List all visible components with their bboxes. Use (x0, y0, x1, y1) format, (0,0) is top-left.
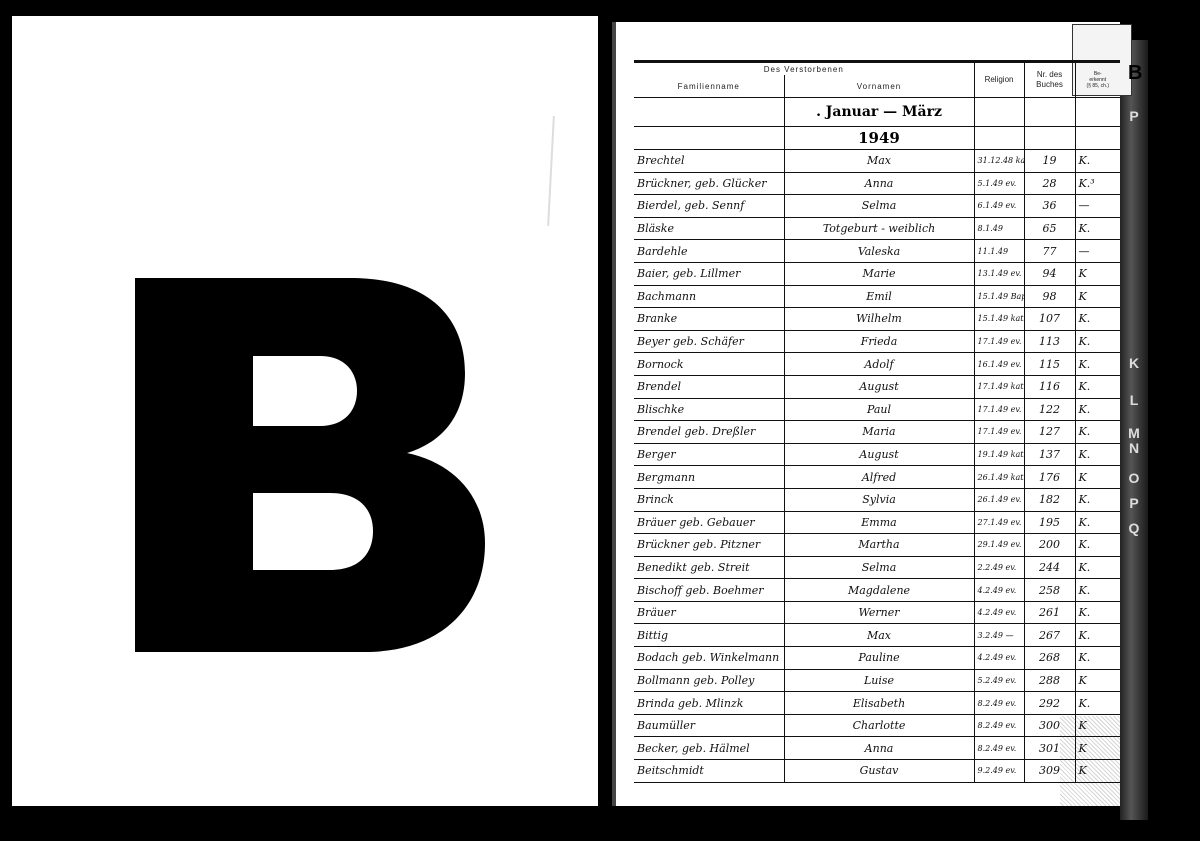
remark-cell: K. (1075, 511, 1120, 534)
header-book-number-line1: Nr. des (1037, 70, 1062, 79)
family-name-cell: Bollmann geb. Polley (634, 669, 784, 692)
side-index-tab[interactable]: P (1126, 495, 1142, 511)
family-name-cell: Bornock (634, 353, 784, 376)
register-entry-row: Bischoff geb. BoehmerMagdalene4.2.49 ev.… (634, 579, 1120, 602)
book-number-cell: 176 (1024, 466, 1075, 489)
remark-cell: K (1075, 760, 1120, 783)
register-entry-row: Brendel geb. DreßlerMaria17.1.49 ev.127K… (634, 421, 1120, 444)
remark-cell: K (1075, 669, 1120, 692)
remark-cell: K (1075, 714, 1120, 737)
empty-cell (974, 127, 1024, 150)
remark-cell: K (1075, 466, 1120, 489)
family-name-cell: Brinda geb. Mlinzk (634, 692, 784, 715)
remark-cell: K. (1075, 421, 1120, 444)
book-number-cell: 309 (1024, 760, 1075, 783)
remark-cell: K. (1075, 534, 1120, 557)
family-name-cell: Blischke (634, 398, 784, 421)
first-names-cell: Wilhelm (784, 308, 974, 331)
family-name-cell: Brückner geb. Pitzner (634, 534, 784, 557)
book-number-cell: 195 (1024, 511, 1075, 534)
header-group-label: Des Verstorbenen (634, 62, 974, 76)
book-number-cell: 77 (1024, 240, 1075, 263)
death-date-religion-cell: 26.1.49 kath. (974, 466, 1024, 489)
first-names-cell: Magdalene (784, 579, 974, 602)
register-entry-row: BornockAdolf16.1.49 ev.115K. (634, 353, 1120, 376)
book-number-cell: 261 (1024, 601, 1075, 624)
family-name-cell: Beitschmidt (634, 760, 784, 783)
register-entry-row: BrendelAugust17.1.49 kath.116K. (634, 375, 1120, 398)
first-names-cell: Anna (784, 172, 974, 195)
corner-tab-letter: B (1128, 62, 1142, 85)
remark-cell: K. (1075, 692, 1120, 715)
register-entry-row: Brinda geb. MlinzkElisabeth8.2.49 ev.292… (634, 692, 1120, 715)
register-entry-row: Brückner geb. PitznerMartha29.1.49 ev.20… (634, 534, 1120, 557)
header-first-names: Vornamen (784, 75, 974, 98)
empty-cell (1075, 127, 1120, 150)
book-number-cell: 137 (1024, 443, 1075, 466)
book-number-cell: 36 (1024, 195, 1075, 218)
family-name-cell: Baumüller (634, 714, 784, 737)
remark-cell: K. (1075, 579, 1120, 602)
book-number-cell: 94 (1024, 262, 1075, 285)
remark-cell: K (1075, 737, 1120, 760)
first-names-cell: Marie (784, 262, 974, 285)
remark-cell: K. (1075, 601, 1120, 624)
paper-crease (547, 116, 555, 226)
book-number-cell: 122 (1024, 398, 1075, 421)
remark-cell: K. (1075, 308, 1120, 331)
death-date-religion-cell: 3.2.49 — (974, 624, 1024, 647)
first-names-cell: Max (784, 624, 974, 647)
death-date-religion-cell: 19.1.49 kath. (974, 443, 1024, 466)
register-entry-row: BlischkePaul17.1.49 ev.122K. (634, 398, 1120, 421)
first-names-cell: Emma (784, 511, 974, 534)
book-number-cell: 19 (1024, 150, 1075, 173)
first-names-cell: Luise (784, 669, 974, 692)
remark-cell: K. (1075, 647, 1120, 670)
family-name-cell: Bräuer (634, 601, 784, 624)
first-names-cell: Maria (784, 421, 974, 444)
first-names-cell: Max (784, 150, 974, 173)
header-religion: Religion (974, 62, 1024, 98)
header-book-number: Nr. des Buches (1024, 62, 1075, 98)
year-spacer (634, 127, 784, 150)
first-names-cell: Sylvia (784, 488, 974, 511)
side-index-tab[interactable]: N (1126, 440, 1142, 456)
family-name-cell: Bläske (634, 217, 784, 240)
family-name-cell: Bachmann (634, 285, 784, 308)
book-number-cell: 65 (1024, 217, 1075, 240)
first-names-cell: August (784, 443, 974, 466)
book-number-cell: 200 (1024, 534, 1075, 557)
header-book-number-line2: Buches (1036, 80, 1063, 89)
left-page-index-card: B (12, 16, 598, 806)
remark-cell: K. (1075, 330, 1120, 353)
register-entry-row: Bierdel, geb. SennfSelma6.1.49 ev.36— (634, 195, 1120, 218)
remark-cell: K (1075, 285, 1120, 308)
side-index-tab[interactable]: P (1126, 108, 1142, 124)
first-names-cell: August (784, 375, 974, 398)
remark-cell: K. (1075, 443, 1120, 466)
book-number-cell: 113 (1024, 330, 1075, 353)
book-number-cell: 301 (1024, 737, 1075, 760)
family-name-cell: Bergmann (634, 466, 784, 489)
book-number-cell: 258 (1024, 579, 1075, 602)
register-entry-row: Beyer geb. SchäferFrieda17.1.49 ev.113K. (634, 330, 1120, 353)
book-number-cell: 116 (1024, 375, 1075, 398)
register-entry-row: BardehleValeska11.1.4977— (634, 240, 1120, 263)
first-names-cell: Charlotte (784, 714, 974, 737)
remark-cell: K.³ (1075, 172, 1120, 195)
first-names-cell: Selma (784, 556, 974, 579)
family-name-cell: Brechtel (634, 150, 784, 173)
remark-cell: K. (1075, 556, 1120, 579)
death-date-religion-cell: 4.2.49 ev. (974, 647, 1024, 670)
register-entry-row: BergmannAlfred26.1.49 kath.176K (634, 466, 1120, 489)
family-name-cell: Brendel (634, 375, 784, 398)
first-names-cell: Frieda (784, 330, 974, 353)
first-names-cell: Valeska (784, 240, 974, 263)
first-names-cell: Martha (784, 534, 974, 557)
book-number-cell: 98 (1024, 285, 1075, 308)
first-names-cell: Werner (784, 601, 974, 624)
register-entry-row: Bodach geb. WinkelmannPauline4.2.49 ev.2… (634, 647, 1120, 670)
family-name-cell: Brückner, geb. Glücker (634, 172, 784, 195)
book-number-cell: 115 (1024, 353, 1075, 376)
death-date-religion-cell: 15.1.49 Bapt. (974, 285, 1024, 308)
family-name-cell: Bittig (634, 624, 784, 647)
death-date-religion-cell: 8.2.49 ev. (974, 737, 1024, 760)
death-date-religion-cell: 11.1.49 (974, 240, 1024, 263)
book-number-cell: 288 (1024, 669, 1075, 692)
period-label: . Januar — März (784, 98, 974, 127)
register-entry-row: BeitschmidtGustav9.2.49 ev.309K (634, 760, 1120, 783)
remark-cell: — (1075, 195, 1120, 218)
register-entry-row: BrankeWilhelm15.1.49 kath.107K. (634, 308, 1120, 331)
register-entry-row: BergerAugust19.1.49 kath.137K. (634, 443, 1120, 466)
book-number-cell: 182 (1024, 488, 1075, 511)
period-spacer (634, 98, 784, 127)
register-entry-row: BläskeTotgeburt - weiblich8.1.4965K. (634, 217, 1120, 240)
index-letter-b-glyph (135, 278, 485, 652)
death-date-religion-cell: 2.2.49 ev. (974, 556, 1024, 579)
family-name-cell: Benedikt geb. Streit (634, 556, 784, 579)
family-name-cell: Berger (634, 443, 784, 466)
death-register-table: Des Verstorbenen Religion Nr. des Buches… (634, 60, 1120, 783)
register-entry-row: Becker, geb. HälmelAnna8.2.49 ev.301K (634, 737, 1120, 760)
year-label: 1949 (784, 127, 974, 150)
side-index-tab[interactable]: L (1126, 392, 1142, 408)
death-date-religion-cell: 16.1.49 ev. (974, 353, 1024, 376)
death-date-religion-cell: 15.1.49 kath. (974, 308, 1024, 331)
register-entry-row: Bollmann geb. PolleyLuise5.2.49 ev.288K (634, 669, 1120, 692)
book-number-cell: 107 (1024, 308, 1075, 331)
register-entry-row: BrechtelMax31.12.48 kath.19K. (634, 150, 1120, 173)
death-date-religion-cell: 17.1.49 kath. (974, 375, 1024, 398)
death-date-religion-cell: 26.1.49 ev. (974, 488, 1024, 511)
book-number-cell: 268 (1024, 647, 1075, 670)
register-entry-row: Benedikt geb. StreitSelma2.2.49 ev.244K. (634, 556, 1120, 579)
register-entry-row: Bräuer geb. GebauerEmma27.1.49 ev.195K. (634, 511, 1120, 534)
book-number-cell: 267 (1024, 624, 1075, 647)
death-date-religion-cell: 8.2.49 ev. (974, 714, 1024, 737)
remark-cell: K (1075, 262, 1120, 285)
book-number-cell: 244 (1024, 556, 1075, 579)
register-entry-row: BittigMax3.2.49 —267K. (634, 624, 1120, 647)
death-date-religion-cell: 17.1.49 ev. (974, 330, 1024, 353)
remark-cell: K. (1075, 150, 1120, 173)
family-name-cell: Branke (634, 308, 784, 331)
register-entry-row: BachmannEmil15.1.49 Bapt.98K (634, 285, 1120, 308)
register-entry-row: BrinckSylvia26.1.49 ev.182K. (634, 488, 1120, 511)
empty-cell (1024, 127, 1075, 150)
family-name-cell: Bischoff geb. Boehmer (634, 579, 784, 602)
remark-cell: K. (1075, 375, 1120, 398)
family-name-cell: Bodach geb. Winkelmann (634, 647, 784, 670)
register-entry-row: BräuerWerner4.2.49 ev.261K. (634, 601, 1120, 624)
family-name-cell: Becker, geb. Hälmel (634, 737, 784, 760)
first-names-cell: Paul (784, 398, 974, 421)
death-date-religion-cell: 27.1.49 ev. (974, 511, 1024, 534)
death-date-religion-cell: 17.1.49 ev. (974, 398, 1024, 421)
first-names-cell: Alfred (784, 466, 974, 489)
death-date-religion-cell: 5.2.49 ev. (974, 669, 1024, 692)
header-last-line3: (§ 85, ch.) (1087, 83, 1110, 89)
side-index-tab[interactable]: O (1126, 470, 1142, 486)
family-name-cell: Bierdel, geb. Sennf (634, 195, 784, 218)
death-date-religion-cell: 6.1.49 ev. (974, 195, 1024, 218)
first-names-cell: Anna (784, 737, 974, 760)
first-names-cell: Adolf (784, 353, 974, 376)
book-number-cell: 300 (1024, 714, 1075, 737)
register-entry-row: Baier, geb. LillmerMarie13.1.49 ev.94K (634, 262, 1120, 285)
remark-cell: K. (1075, 217, 1120, 240)
register-entry-row: BaumüllerCharlotte8.2.49 ev.300K (634, 714, 1120, 737)
first-names-cell: Pauline (784, 647, 974, 670)
family-name-cell: Bräuer geb. Gebauer (634, 511, 784, 534)
empty-cell (1075, 98, 1120, 127)
book-number-cell: 292 (1024, 692, 1075, 715)
header-last-column: Be- erkennt (§ 85, ch.) (1075, 62, 1120, 98)
death-date-religion-cell: 17.1.49 ev. (974, 421, 1024, 444)
book-number-cell: 127 (1024, 421, 1075, 444)
death-date-religion-cell: 5.1.49 ev. (974, 172, 1024, 195)
first-names-cell: Elisabeth (784, 692, 974, 715)
family-name-cell: Beyer geb. Schäfer (634, 330, 784, 353)
family-name-cell: Bardehle (634, 240, 784, 263)
side-index-tab[interactable]: M (1126, 425, 1142, 441)
side-index-tab[interactable]: K (1126, 355, 1142, 371)
empty-cell (1024, 98, 1075, 127)
remark-cell: K. (1075, 624, 1120, 647)
death-date-religion-cell: 31.12.48 kath. (974, 150, 1024, 173)
family-name-cell: Brinck (634, 488, 784, 511)
empty-cell (974, 98, 1024, 127)
death-date-religion-cell: 4.2.49 ev. (974, 579, 1024, 602)
first-names-cell: Totgeburt - weiblich (784, 217, 974, 240)
remark-cell: K. (1075, 353, 1120, 376)
first-names-cell: Gustav (784, 760, 974, 783)
family-name-cell: Brendel geb. Dreßler (634, 421, 784, 444)
death-date-religion-cell: 13.1.49 ev. (974, 262, 1024, 285)
first-names-cell: Selma (784, 195, 974, 218)
book-number-cell: 28 (1024, 172, 1075, 195)
death-date-religion-cell: 9.2.49 ev. (974, 760, 1024, 783)
remark-cell: K. (1075, 488, 1120, 511)
side-index-tab[interactable]: Q (1126, 520, 1142, 536)
family-name-cell: Baier, geb. Lillmer (634, 262, 784, 285)
remark-cell: K. (1075, 398, 1120, 421)
register-entry-row: Brückner, geb. GlückerAnna5.1.49 ev.28K.… (634, 172, 1120, 195)
death-date-religion-cell: 4.2.49 ev. (974, 601, 1024, 624)
death-date-religion-cell: 8.2.49 ev. (974, 692, 1024, 715)
header-family-name: Familienname (634, 75, 784, 98)
death-date-religion-cell: 8.1.49 (974, 217, 1024, 240)
death-date-religion-cell: 29.1.49 ev. (974, 534, 1024, 557)
first-names-cell: Emil (784, 285, 974, 308)
remark-cell: — (1075, 240, 1120, 263)
